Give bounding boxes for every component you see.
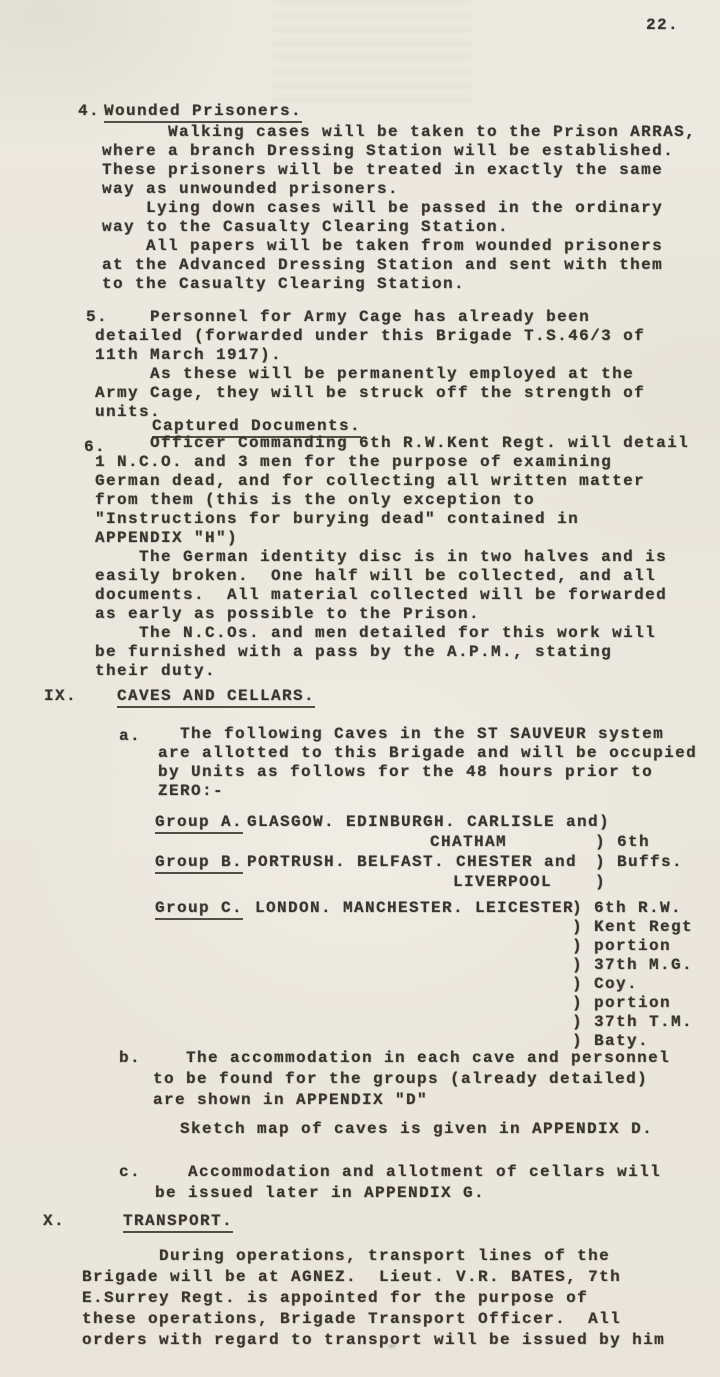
group-a-label-text: Group A. <box>155 813 243 834</box>
section-4-heading: Wounded Prisoners. <box>104 102 302 121</box>
section-ix-marker: IX. <box>44 687 77 706</box>
group-c-label: Group C. <box>155 899 243 918</box>
sub-a-marker: a. <box>119 727 141 746</box>
section-5-body: Personnel for Army Cage has already been… <box>95 308 645 422</box>
group-c-label-text: Group C. <box>155 899 243 920</box>
section-4-body: Walking cases will be taken to the Priso… <box>102 123 696 294</box>
document-page: 22. 4. Wounded Prisoners. Walking cases … <box>0 0 720 1377</box>
group-b-unit: ) Buffs. <box>595 852 683 872</box>
section-x-heading: TRANSPORT. <box>123 1212 233 1231</box>
section-6-body: Officer Commanding 6th R.W.Kent Regt. wi… <box>95 434 689 681</box>
section-ix-heading-text: CAVES AND CELLARS. <box>117 687 315 708</box>
group-ab-row4-unit: ) <box>595 872 606 892</box>
group-ab-row2-city: CHATHAM <box>430 832 507 852</box>
sub-a-body: The following Caves in the ST SAUVEUR sy… <box>158 725 697 801</box>
section-x-marker: X. <box>43 1212 65 1231</box>
group-b-label: Group B. <box>155 852 243 872</box>
group-b-label-text: Group B. <box>155 853 243 874</box>
page-number: 22. <box>646 16 679 35</box>
group-ab-row4-city: LIVERPOOL <box>453 872 552 892</box>
group-c-cities: LONDON. MANCHESTER. LEICESTER <box>255 899 574 918</box>
sub-b-marker: b. <box>119 1048 141 1069</box>
group-a-label: Group A. <box>155 812 243 832</box>
group-b-cities: PORTRUSH. BELFAST. CHESTER and <box>247 852 577 872</box>
sub-b-body: The accommodation in each cave and perso… <box>153 1048 670 1111</box>
group-ab-row2-unit: ) 6th <box>595 832 650 852</box>
transport-body: During operations, transport lines of th… <box>82 1246 665 1351</box>
sub-c-body: Accommodation and allotment of cellars w… <box>155 1162 661 1204</box>
group-c-unit-column: ) 6th R.W. ) Kent Regt ) portion ) 37th … <box>572 899 693 1051</box>
section-ix-heading: CAVES AND CELLARS. <box>117 687 315 706</box>
sub-c-marker: c. <box>119 1162 141 1183</box>
section-x-heading-text: TRANSPORT. <box>123 1212 233 1233</box>
section-4-heading-text: Wounded Prisoners. <box>104 102 302 123</box>
group-a-cities: GLASGOW. EDINBURGH. CARLISLE and) <box>247 812 610 832</box>
bleed-through-marks <box>272 0 472 112</box>
sketch-map-note: Sketch map of caves is given in APPENDIX… <box>180 1120 653 1139</box>
section-4-marker: 4. <box>78 102 100 121</box>
